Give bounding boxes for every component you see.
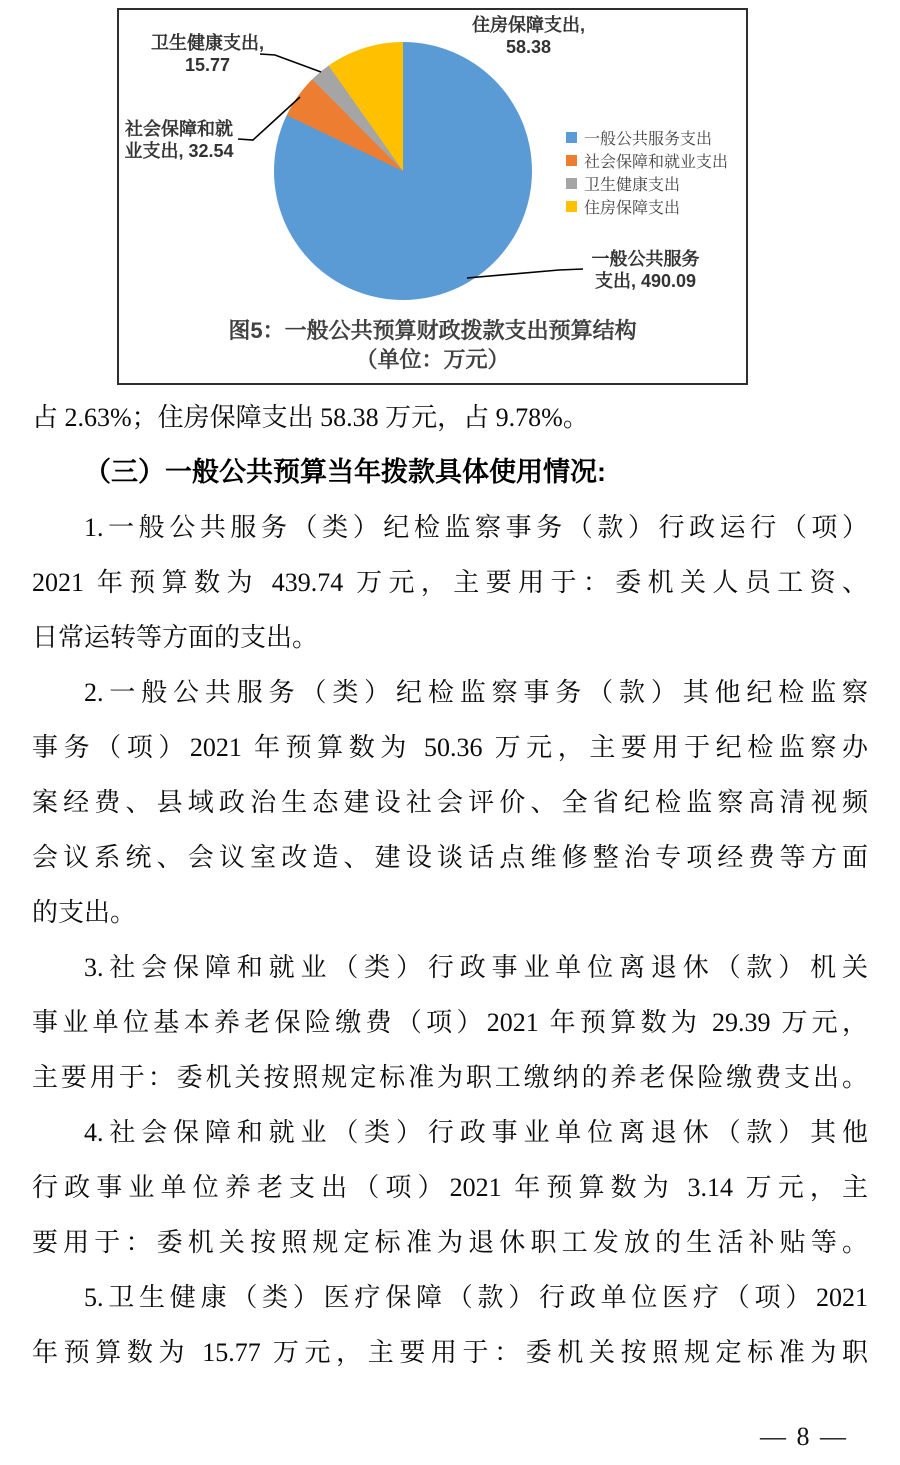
figure-subtitle: （单位：万元） [119, 345, 746, 374]
data-label-health-line1: 卫生健康支出, [145, 32, 270, 54]
legend-swatch-health [566, 178, 577, 189]
legend-item-general: 一般公共服务支出 [566, 126, 728, 149]
data-label-general-line2: 支出, 490.09 [583, 270, 708, 292]
pie-chart-figure: 住房保障支出, 58.38 卫生健康支出, 15.77 社会保障和就 业支出, … [117, 8, 748, 385]
text-line: 占 2.63%；住房保障支出 58.38 万元，占 9.78%。 [32, 390, 868, 445]
data-label-health-line2: 15.77 [145, 54, 270, 76]
legend-item-housing: 住房保障支出 [566, 195, 728, 218]
leader-line-general [467, 269, 583, 278]
data-label-general: 一般公共服务 支出, 490.09 [583, 248, 708, 292]
data-label-social-line2: 业支出, 32.54 [120, 140, 238, 162]
data-label-health: 卫生健康支出, 15.77 [145, 32, 270, 76]
text-line: 事业单位基本养老保险缴费（项）2021 年预算数为 29.39 万元， [32, 995, 868, 1050]
chart-legend: 一般公共服务支出 社会保障和就业支出 卫生健康支出 住房保障支出 [566, 126, 728, 218]
text-line: 的支出。 [32, 885, 868, 940]
text-line: 会议系统、会议室改造、建设谈话点维修整治专项经费等方面 [32, 830, 868, 885]
data-label-housing-line1: 住房保障支出, [466, 14, 591, 36]
legend-label-general: 一般公共服务支出 [584, 126, 712, 149]
data-label-social: 社会保障和就 业支出, 32.54 [120, 118, 238, 162]
data-label-social-line1: 社会保障和就 [120, 118, 238, 140]
text-line: 1.一般公共服务（类）纪检监察事务（款）行政运行（项） [32, 500, 868, 555]
text-line: 3.社会保障和就业（类）行政事业单位离退休（款）机关 [32, 940, 868, 995]
figure-title: 图5：一般公共预算财政拨款支出预算结构 [119, 316, 746, 345]
text-line: 年预算数为 15.77 万元，主要用于：委机关按照规定标准为职 [32, 1325, 868, 1380]
text-line: 事务（项）2021 年预算数为 50.36 万元，主要用于纪检监察办 [32, 720, 868, 775]
data-label-housing-line2: 58.38 [466, 36, 591, 58]
body-text: 占 2.63%；住房保障支出 58.38 万元，占 9.78%。（三）一般公共预… [32, 390, 868, 1380]
text-line: 要用于：委机关按照规定标准为退休职工发放的生活补贴等。 [32, 1215, 868, 1270]
text-line: 5.卫生健康（类）医疗保障（款）行政单位医疗（项）2021 [32, 1270, 868, 1325]
text-line: 4.社会保障和就业（类）行政事业单位离退休（款）其他 [32, 1105, 868, 1160]
legend-item-health: 卫生健康支出 [566, 172, 728, 195]
text-line: 2.一般公共服务（类）纪检监察事务（款）其他纪检监察 [32, 665, 868, 720]
page-number: — 8 — [760, 1422, 848, 1452]
data-label-housing: 住房保障支出, 58.38 [466, 14, 591, 58]
data-label-general-line1: 一般公共服务 [583, 248, 708, 270]
legend-swatch-general [566, 132, 577, 143]
section-heading: （三）一般公共预算当年拨款具体使用情况: [32, 445, 868, 500]
figure-title-block: 图5：一般公共预算财政拨款支出预算结构 （单位：万元） [119, 316, 746, 374]
leader-line-social [238, 97, 300, 140]
text-line: 案经费、县域政治生态建设社会评价、全省纪检监察高清视频 [32, 775, 868, 830]
text-line: 主要用于：委机关按照规定标准为职工缴纳的养老保险缴费支出。 [32, 1050, 868, 1105]
legend-item-social: 社会保障和就业支出 [566, 149, 728, 172]
legend-label-social: 社会保障和就业支出 [584, 149, 728, 172]
document-page: 住房保障支出, 58.38 卫生健康支出, 15.77 社会保障和就 业支出, … [0, 0, 900, 1465]
legend-swatch-housing [566, 201, 577, 212]
text-line: 行政事业单位养老支出（项）2021 年预算数为 3.14 万元，主 [32, 1160, 868, 1215]
text-line: 日常运转等方面的支出。 [32, 610, 868, 665]
legend-label-housing: 住房保障支出 [584, 195, 680, 218]
text-line: 2021 年预算数为 439.74 万元，主要用于：委机关人员工资、 [32, 555, 868, 610]
legend-label-health: 卫生健康支出 [584, 172, 680, 195]
legend-swatch-social [566, 155, 577, 166]
